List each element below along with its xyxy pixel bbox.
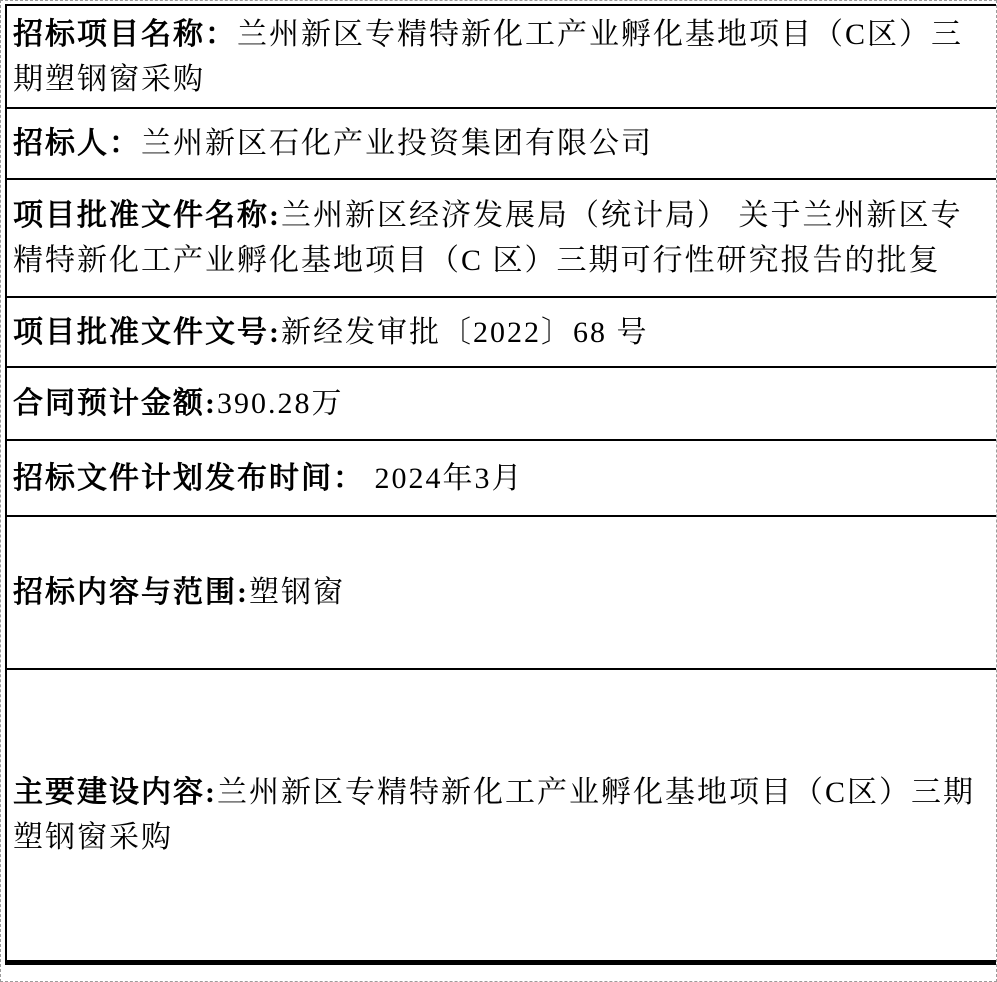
row-value: 塑钢窗 bbox=[249, 576, 345, 609]
tender-info-document: 招标项目名称：兰州新区专精特新化工产业孵化基地项目（C区）三期塑钢窗采购 招标人… bbox=[0, 0, 997, 982]
cell-main-construction-content: 主要建设内容:兰州新区专精特新化工产业孵化基地项目（C区）三期塑钢窗采购 bbox=[13, 770, 986, 860]
row-value: 兰州新区石化产业投资集团有限公司 bbox=[141, 127, 653, 160]
table-row-tender-scope: 招标内容与范围:塑钢窗 bbox=[7, 517, 996, 670]
row-label: 合同预计金额: bbox=[13, 387, 217, 420]
row-label: 招标内容与范围: bbox=[13, 576, 249, 609]
table-row-approval-doc-name: 项目批准文件名称:兰州新区经济发展局（统计局） 关于兰州新区专精特新化工产业孵化… bbox=[7, 180, 996, 298]
row-value: 390.28万 bbox=[217, 387, 344, 420]
cell-project-name: 招标项目名称：兰州新区专精特新化工产业孵化基地项目（C区）三期塑钢窗采购 bbox=[13, 12, 986, 102]
row-label: 项目批准文件文号: bbox=[13, 316, 281, 349]
tender-info-table: 招标项目名称：兰州新区专精特新化工产业孵化基地项目（C区）三期塑钢窗采购 招标人… bbox=[5, 4, 996, 965]
cell-approval-doc-number: 项目批准文件文号:新经发审批〔2022〕68 号 bbox=[13, 310, 649, 355]
table-row-contract-amount: 合同预计金额:390.28万 bbox=[7, 368, 996, 441]
cell-planned-release-time: 招标文件计划发布时间： 2024年3月 bbox=[13, 456, 524, 501]
row-label: 招标人： bbox=[13, 127, 141, 160]
cell-contract-amount: 合同预计金额:390.28万 bbox=[13, 381, 344, 426]
cell-tenderee: 招标人：兰州新区石化产业投资集团有限公司 bbox=[13, 121, 653, 166]
row-label: 主要建设内容: bbox=[13, 776, 217, 809]
table-row-project-name: 招标项目名称：兰州新区专精特新化工产业孵化基地项目（C区）三期塑钢窗采购 bbox=[7, 6, 996, 109]
row-label: 招标文件计划发布时间： bbox=[13, 462, 375, 495]
table-row-approval-doc-number: 项目批准文件文号:新经发审批〔2022〕68 号 bbox=[7, 298, 996, 368]
table-row-tenderee: 招标人：兰州新区石化产业投资集团有限公司 bbox=[7, 109, 996, 180]
table-row-planned-release-time: 招标文件计划发布时间： 2024年3月 bbox=[7, 441, 996, 517]
cell-tender-scope: 招标内容与范围:塑钢窗 bbox=[13, 570, 345, 615]
row-value: 新经发审批〔2022〕68 号 bbox=[281, 316, 649, 349]
row-value: 2024年3月 bbox=[375, 462, 524, 495]
row-label: 招标项目名称： bbox=[13, 18, 237, 51]
cell-approval-doc-name: 项目批准文件名称:兰州新区经济发展局（统计局） 关于兰州新区专精特新化工产业孵化… bbox=[13, 193, 986, 283]
table-row-main-construction-content: 主要建设内容:兰州新区专精特新化工产业孵化基地项目（C区）三期塑钢窗采购 bbox=[7, 670, 996, 960]
row-label: 项目批准文件名称: bbox=[13, 199, 281, 232]
